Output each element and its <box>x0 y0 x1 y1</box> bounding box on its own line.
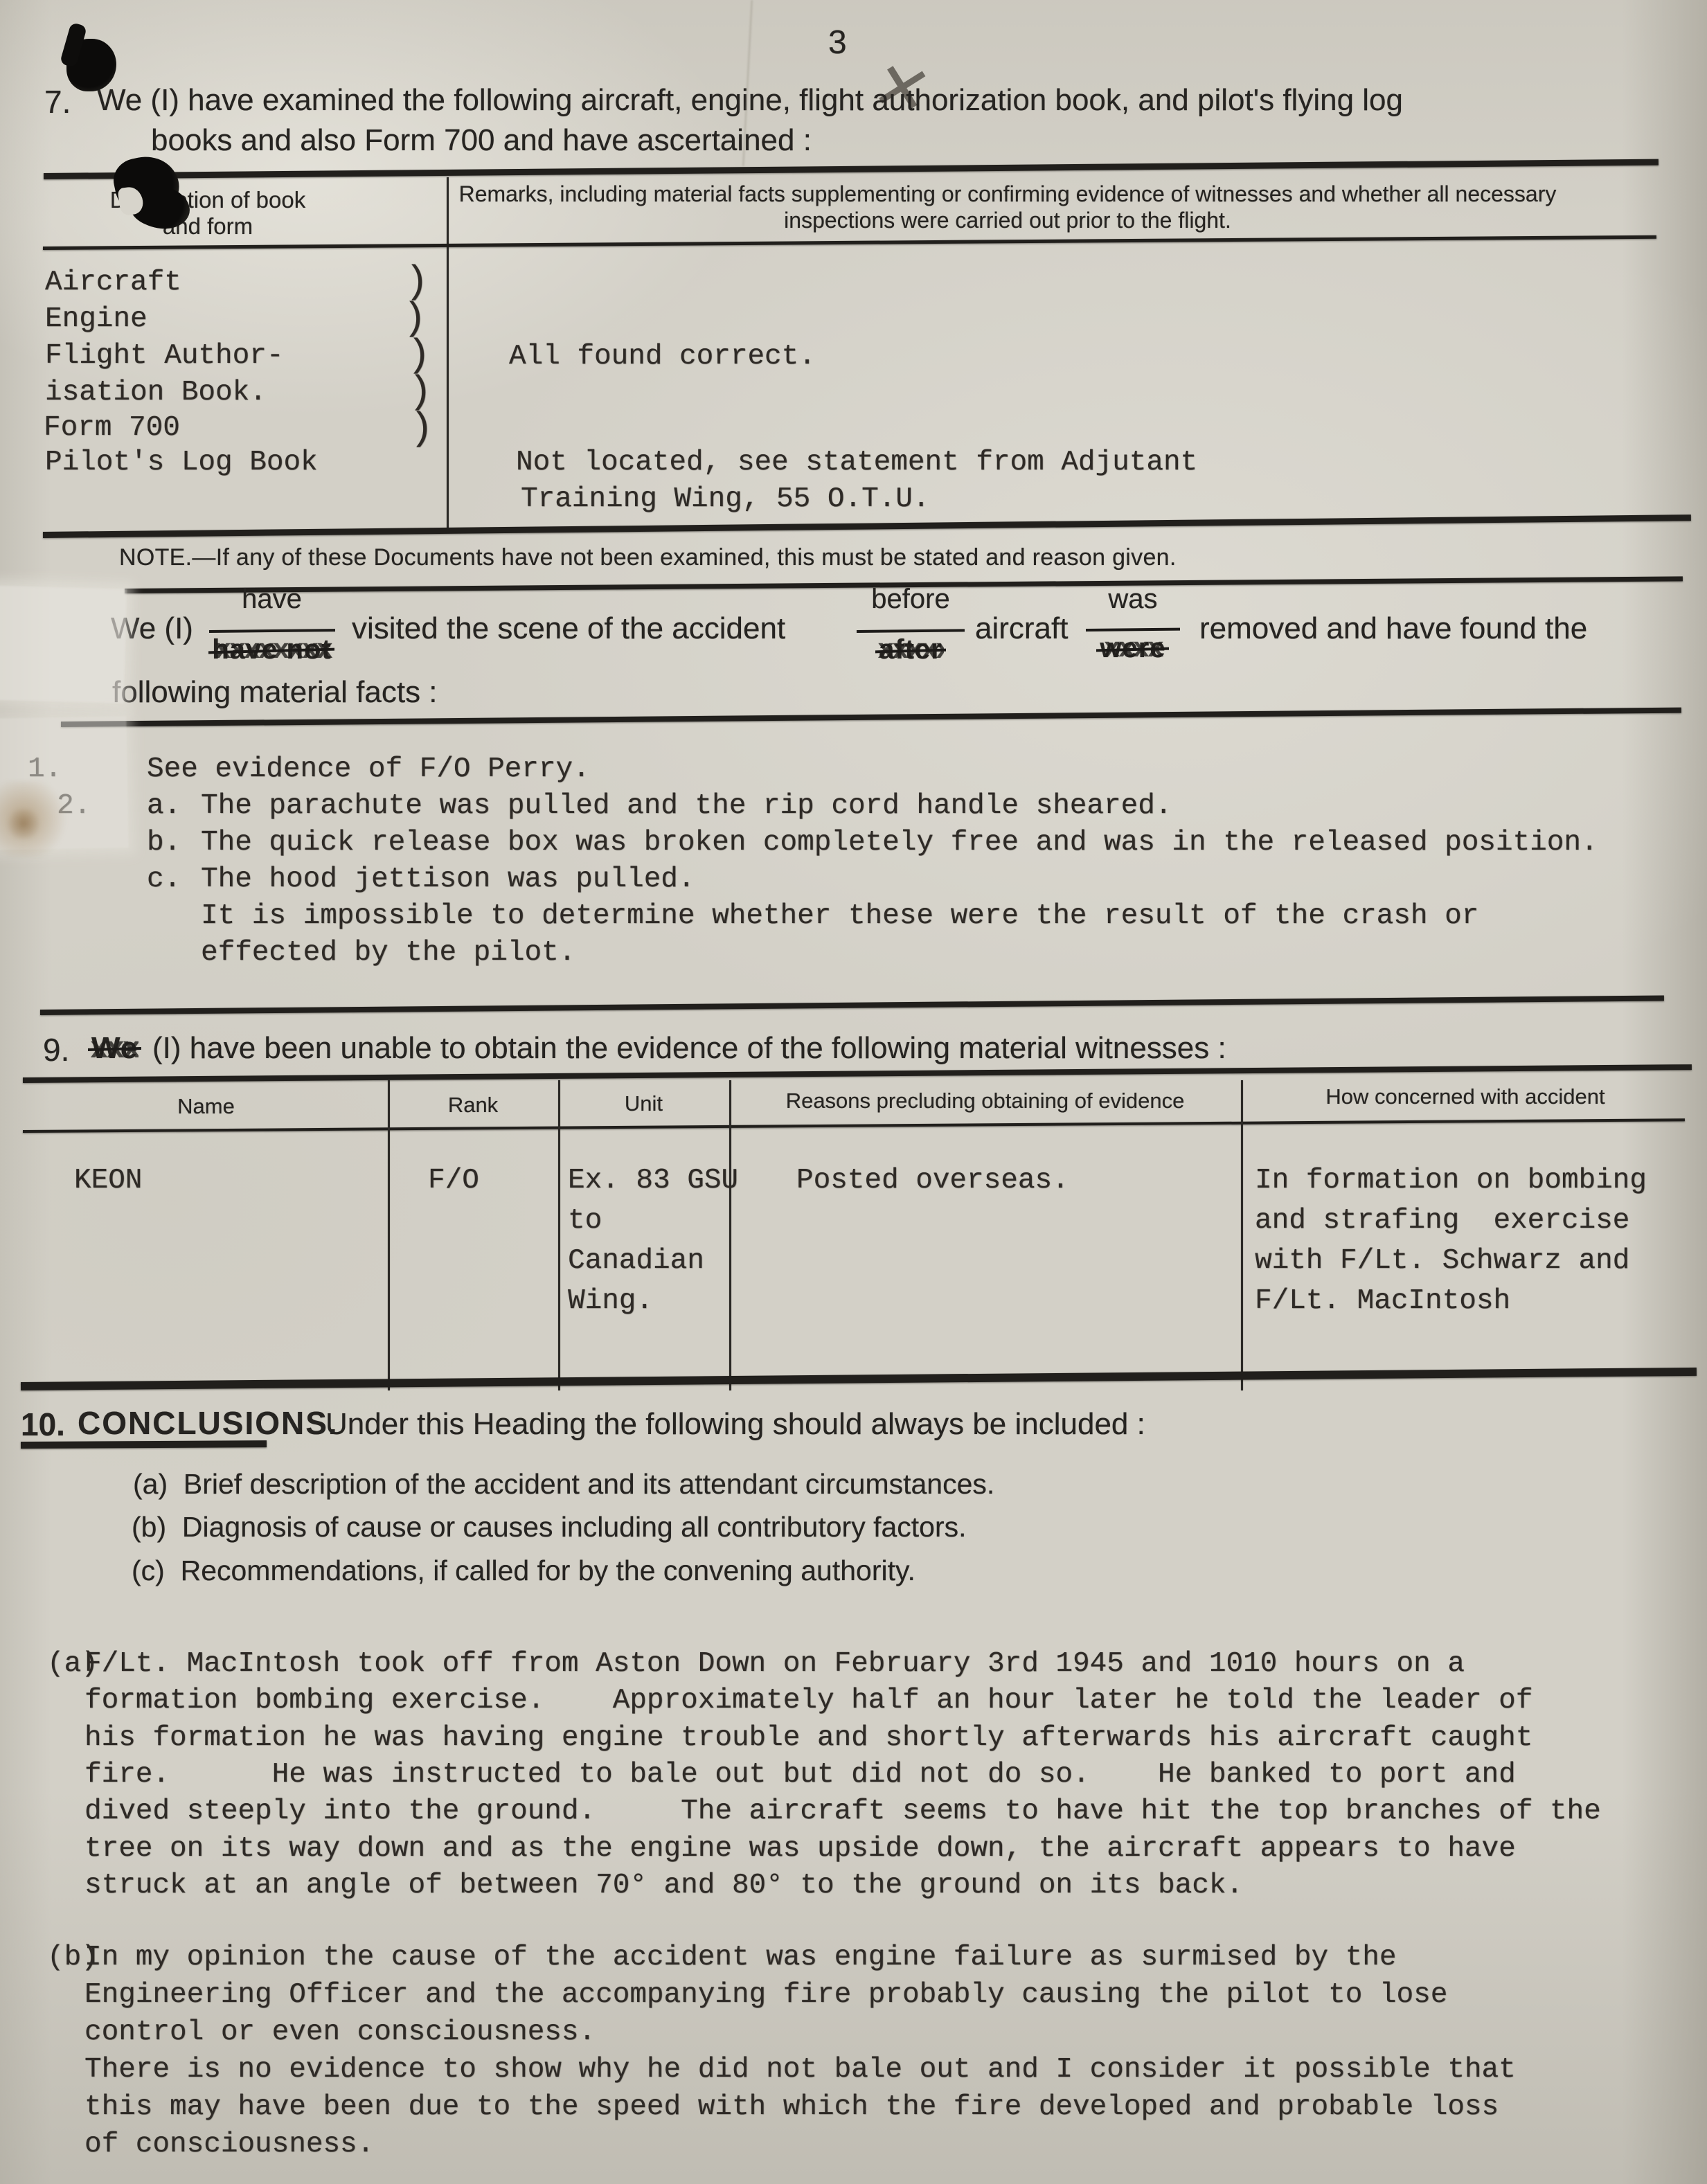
section8-line2: following material facts : <box>112 675 438 710</box>
section8-mid2: aircraft <box>975 611 1068 646</box>
finding1-text: See evidence of F/O Perry. <box>147 753 590 785</box>
finding2-continuation2: effected by the pilot. <box>201 937 575 969</box>
conclusion-a-line5: dived steeply into the ground. The aircr… <box>84 1796 1601 1827</box>
conclusion-b-line1: In my opinion the cause of the accident … <box>84 1942 1397 1973</box>
rule-under-table9-header <box>23 1118 1685 1133</box>
table9-header-name: Name <box>24 1094 388 1119</box>
rule-above-section9 <box>40 996 1664 1015</box>
table9-header-concerned: How concerned with accident <box>1241 1084 1690 1109</box>
tape-residue-left-upper <box>0 585 127 703</box>
table9-cell-unit-line3: Canadian <box>568 1245 704 1277</box>
table9-header-unit: Unit <box>558 1091 729 1116</box>
table9-cell-concern-line2: and strafing exercise <box>1255 1205 1629 1237</box>
finding2a-text: The parachute was pulled and the rip cor… <box>201 790 1172 822</box>
rule-bottom-table7 <box>43 514 1691 538</box>
table9-cell-rank: F/O <box>428 1165 479 1197</box>
table7-item-pilots-log: Pilot's Log Book <box>45 447 318 478</box>
section8-choice3-struck: were <box>1084 633 1181 664</box>
section8-mid1: visited the scene of the accident <box>352 611 785 646</box>
table7-item-form700: Form 700 <box>44 412 180 444</box>
item7-line2: books and also Form 700 and have ascerta… <box>151 123 812 158</box>
brace-icon: ) <box>410 406 434 451</box>
struck-word: We <box>91 1031 138 1066</box>
table9-divider-3 <box>729 1080 731 1390</box>
conclusion-b-line3: control or even consciousness. <box>84 2016 596 2048</box>
struck-word: after <box>879 634 942 665</box>
conclusion-b-line4: There is no evidence to show why he did … <box>84 2054 1516 2086</box>
table9-cell-concern-line1: In formation on bombing <box>1255 1165 1647 1197</box>
table7-item-engine: Engine <box>45 303 148 335</box>
section10-item-a: (a) Brief description of the accident an… <box>133 1468 994 1501</box>
table9-cell-concern-line4: F/Lt. MacIntosh <box>1255 1285 1510 1317</box>
note-line: NOTE.—If any of these Documents have not… <box>119 544 1177 571</box>
rule-under-section8 <box>61 708 1681 727</box>
table9-cell-unit-line4: Wing. <box>568 1285 653 1317</box>
finding2b-label: b. <box>147 827 181 859</box>
section8-choice1-struck: have not <box>208 634 336 665</box>
conclusion-b-line2: Engineering Officer and the accompanying… <box>84 1979 1447 2011</box>
section8-choice2-struck: after <box>855 634 966 665</box>
section8-suffix: removed and have found the <box>1199 611 1587 646</box>
table9-cell-concern-line3: with F/Lt. Schwarz and <box>1255 1245 1629 1277</box>
table9-divider-1 <box>388 1080 390 1390</box>
section10-item-b: (b) Diagnosis of cause or causes includi… <box>132 1511 967 1543</box>
table9-cell-reason: Posted overseas. <box>796 1165 1069 1197</box>
page-number: 3 <box>828 24 847 62</box>
conclusion-a-line7: struck at an angle of between 70° and 80… <box>84 1870 1243 1901</box>
section10-heading-underline <box>21 1440 267 1449</box>
conclusion-a-line2: formation bombing exercise. Approximatel… <box>84 1685 1532 1717</box>
section8-choice1-line <box>209 629 335 633</box>
section8-choice3-line <box>1086 628 1180 632</box>
section10-number: 10. <box>21 1406 65 1443</box>
section8-choice2-selected: before <box>855 584 966 615</box>
table9-cell-name: KEON <box>74 1165 142 1197</box>
table7-remark-log-line2: Training Wing, 55 O.T.U. <box>521 483 930 515</box>
table9-divider-2 <box>558 1080 560 1390</box>
table7-remark-all-correct: All found correct. <box>509 341 816 373</box>
section9-struck-we: We <box>91 1031 138 1066</box>
conclusion-a-line1: F/Lt. MacIntosh took off from Aston Down… <box>84 1648 1465 1680</box>
table7-remark-log-line1: Not located, see statement from Adjutant <box>516 447 1197 478</box>
rule-top-table7 <box>44 159 1659 179</box>
struck-word: were <box>1100 633 1165 664</box>
section10-item-c: (c) Recommendations, if called for by th… <box>132 1555 915 1587</box>
section9-number: 9. <box>43 1031 69 1068</box>
section8-choice2-line <box>857 629 965 633</box>
item7-line1: We (I) have examined the following aircr… <box>97 83 1403 118</box>
rule-top-table9 <box>23 1064 1692 1083</box>
struck-word: have not <box>212 634 331 665</box>
finding2b-text: The quick release box was broken complet… <box>201 827 1598 859</box>
table9-cell-unit-line1: Ex. 83 GSU <box>568 1165 738 1197</box>
finding2c-text: The hood jettison was pulled. <box>201 863 695 895</box>
item7-number: 7. <box>44 83 71 120</box>
table7-col1-header-line2: and form <box>62 213 353 240</box>
table7-item-aircraft: Aircraft <box>45 267 181 298</box>
conclusion-b-line5: this may have been due to the speed with… <box>84 2091 1499 2123</box>
brown-stain-spot <box>7 809 40 839</box>
table9-header-reasons: Reasons precluding obtaining of evidence <box>729 1089 1241 1113</box>
finding2a-label: a. <box>147 790 181 822</box>
section10-heading: CONCLUSIONS. <box>78 1404 339 1442</box>
table7-item-flight-auth2: isation Book. <box>45 377 267 409</box>
rule-bottom-table9 <box>21 1368 1697 1390</box>
section9-text: (I) have been unable to obtain the evide… <box>152 1031 1226 1066</box>
table7-col2-header-line1: Remarks, including material facts supple… <box>388 181 1627 207</box>
conclusion-a-line6: tree on its way down and as the engine w… <box>84 1833 1516 1865</box>
section8-choice3-selected: was <box>1084 584 1181 615</box>
section8-choice1-selected: have <box>208 584 336 615</box>
conclusion-a-line3: his formation he was having engine troub… <box>84 1722 1532 1754</box>
finding2-continuation1: It is impossible to determine whether th… <box>201 900 1478 932</box>
table7-col1-header-line1: Description of book <box>62 187 353 213</box>
table9-cell-unit-line2: to <box>568 1205 602 1237</box>
table7-col2-header-line2: inspections were carried out prior to th… <box>388 208 1627 233</box>
table9-header-rank: Rank <box>388 1093 558 1118</box>
section10-intro: Under this Heading the following should … <box>325 1407 1145 1442</box>
conclusion-b-line6: of consciousness. <box>84 2129 374 2160</box>
conclusion-a-line4: fire. He was instructed to bale out but … <box>84 1759 1516 1791</box>
table7-item-flight-auth1: Flight Author- <box>45 340 283 372</box>
finding2c-label: c. <box>147 863 181 895</box>
scanned-document-page: 3 ✕ 7. We (I) have examined the followin… <box>0 0 1707 2184</box>
table9-divider-4 <box>1241 1080 1243 1390</box>
